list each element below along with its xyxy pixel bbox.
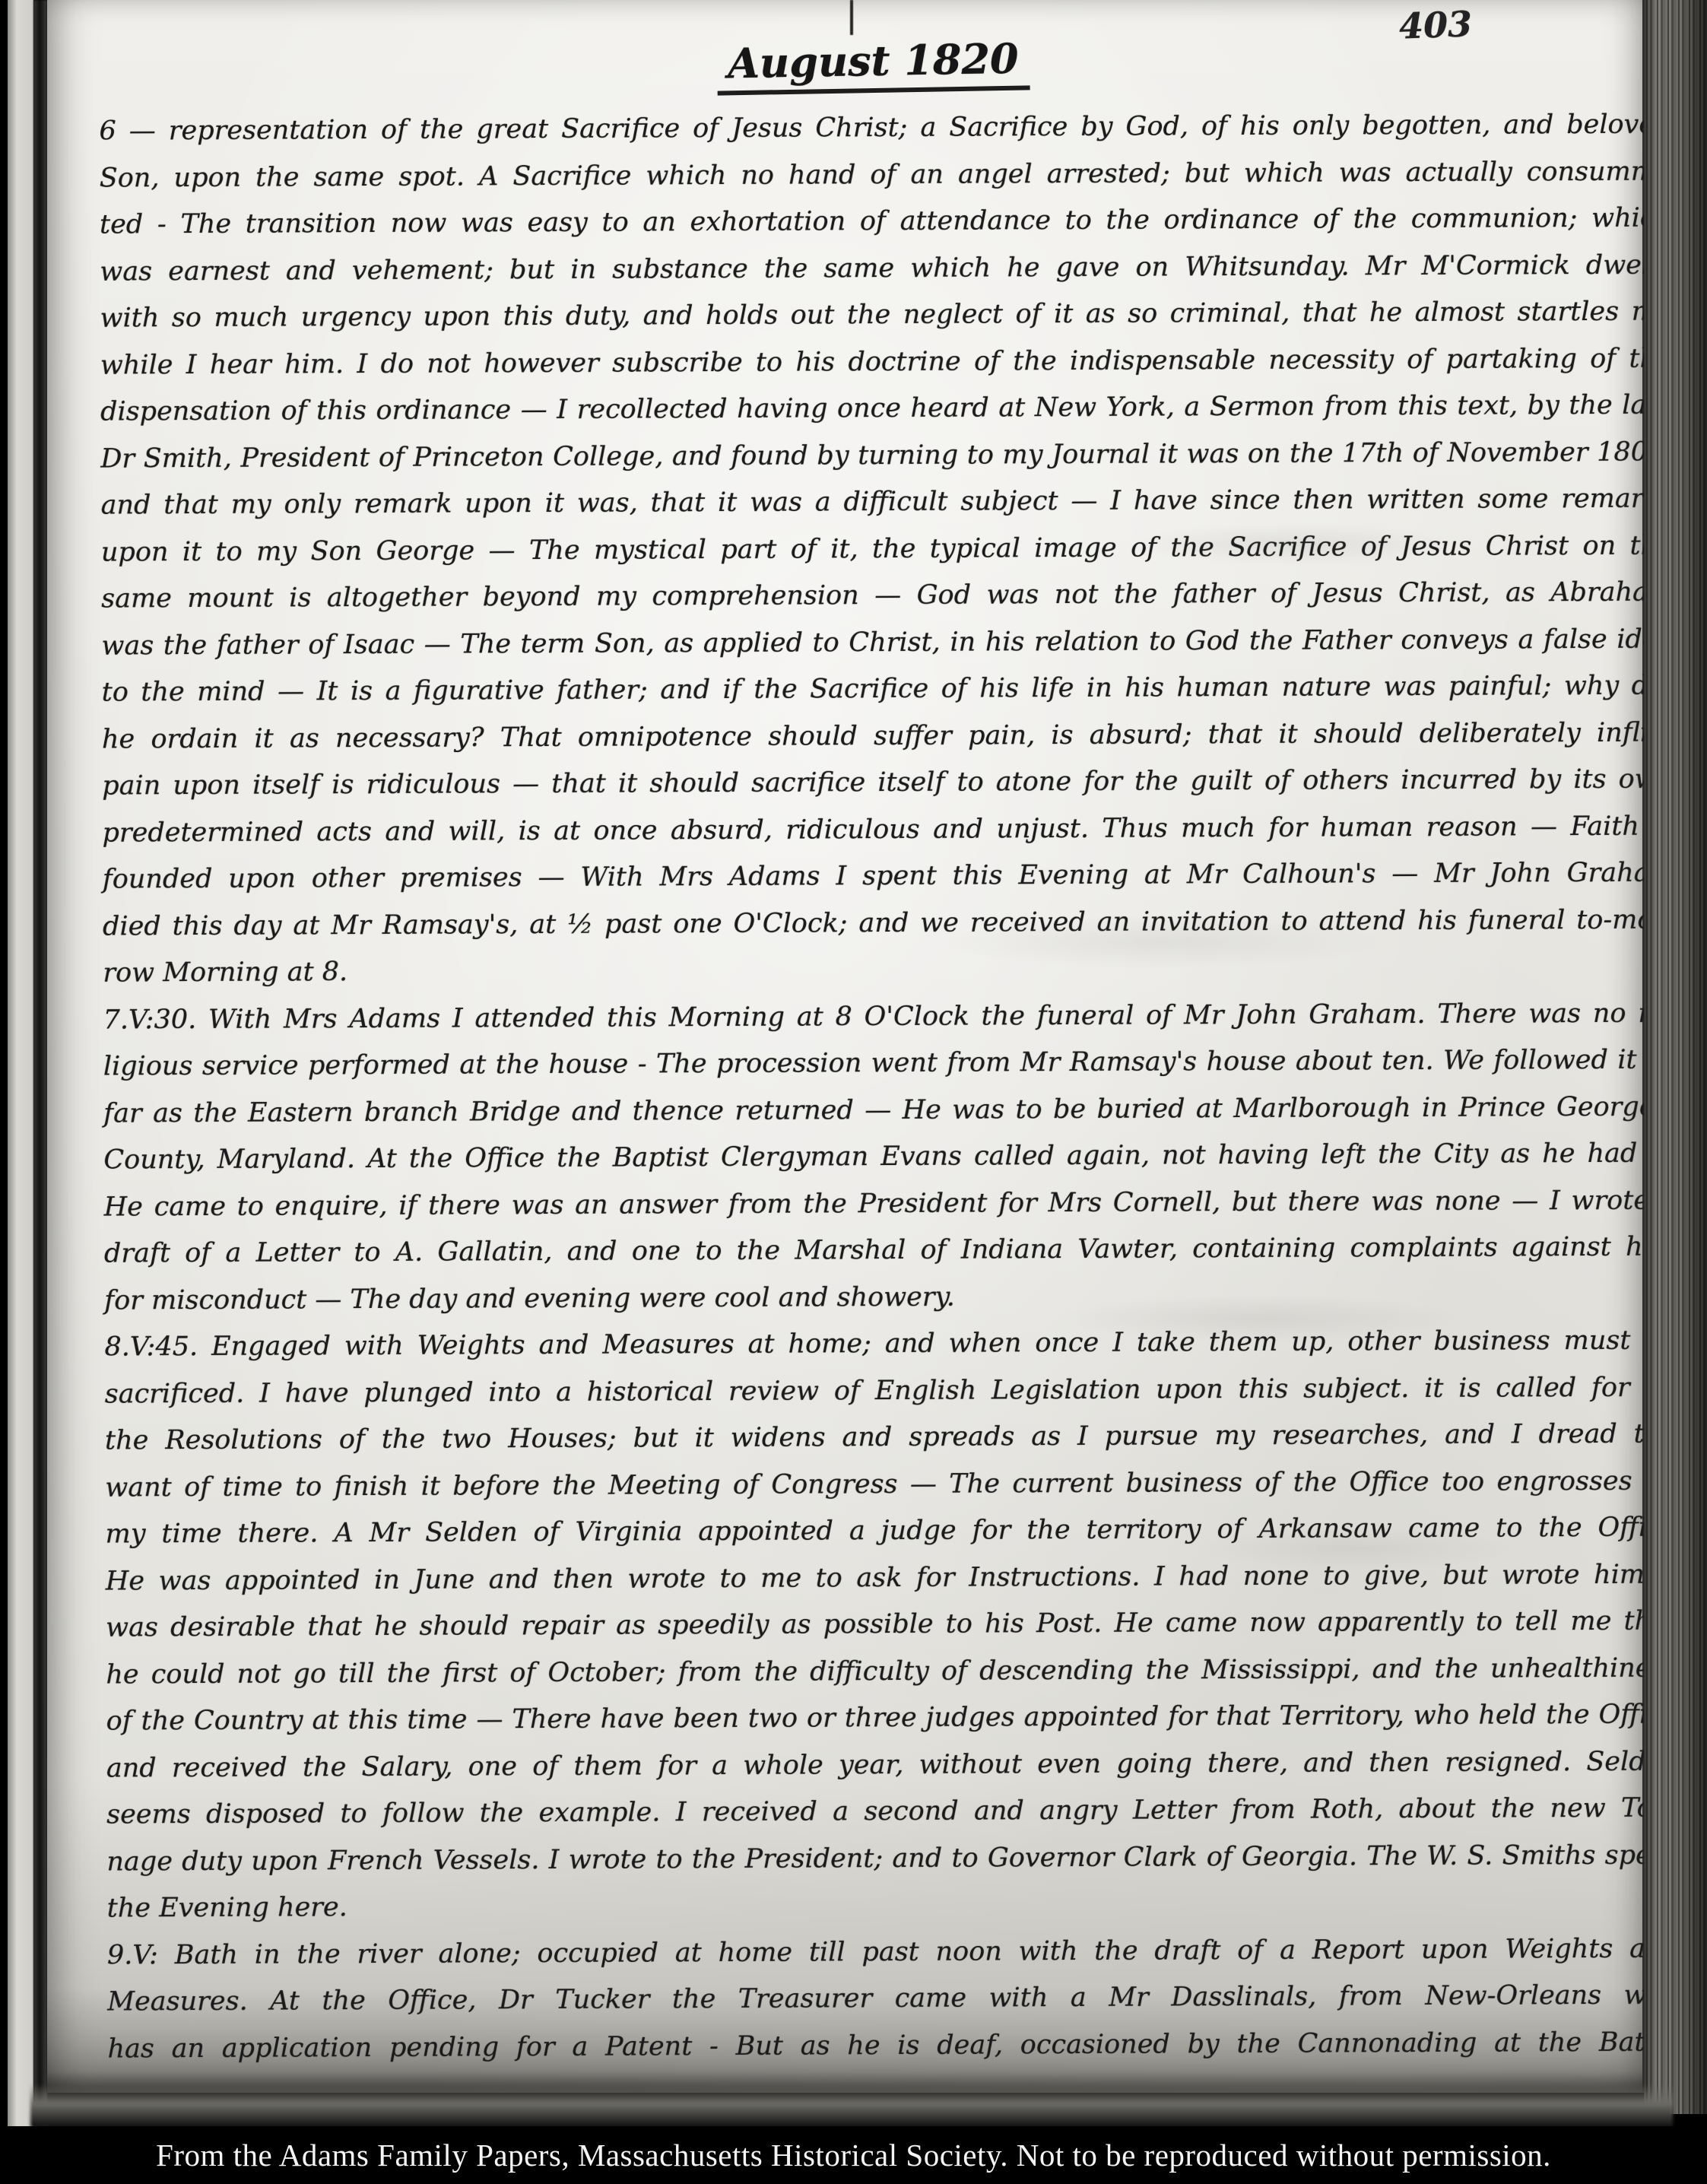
manuscript-line: pain upon itself is ridiculous — that it… xyxy=(102,756,1674,810)
manuscript-line: Measures. At the Office, Dr Tucker the T… xyxy=(107,1972,1680,2026)
manuscript-line: ted - The transition now was easy to an … xyxy=(100,195,1672,249)
book-gutter xyxy=(33,0,47,2137)
page-number: 403 xyxy=(1398,3,1473,46)
manuscript-line: for misconduct — The day and evening wer… xyxy=(104,1271,1677,1325)
manuscript-line: and received the Salary, one of them for… xyxy=(106,1738,1679,1792)
manuscript-line: he ordain it as necessary? That omnipote… xyxy=(102,709,1674,763)
manuscript-line: nage duty upon French Vessels. I wrote t… xyxy=(106,1832,1679,1886)
book-fore-edge xyxy=(1644,0,1707,2114)
manuscript-line: far as the Eastern branch Bridge and the… xyxy=(103,1084,1676,1138)
date-heading: August 1820 xyxy=(716,33,1030,95)
manuscript-line: draft of a Letter to A. Gallatin, and on… xyxy=(104,1224,1677,1278)
manuscript-line: row Morning at 8. xyxy=(103,943,1675,997)
manuscript-line: want of time to finish it before the Mee… xyxy=(105,1458,1677,1512)
manuscript-line: founded upon other premises — With Mrs A… xyxy=(103,849,1675,903)
manuscript-line: Dr Smith, President of Princeton College… xyxy=(100,429,1673,483)
page-surface: August 1820 403 6 — representation of th… xyxy=(47,0,1644,2093)
manuscript-line: dispensation of this ordinance — I recol… xyxy=(100,382,1673,436)
manuscript-line: County, Maryland. At the Office the Bapt… xyxy=(103,1130,1676,1184)
manuscript-line: while I hear him. I do not however subsc… xyxy=(100,335,1673,389)
manuscript-line: 9.V: Bath in the river alone; occupied a… xyxy=(107,1925,1680,1979)
manuscript-line: 6 — representation of the great Sacrific… xyxy=(99,102,1671,156)
manuscript-line: same mount is altogether beyond my compr… xyxy=(101,569,1674,623)
manuscript-text: 6 — representation of the great Sacrific… xyxy=(99,102,1680,2073)
manuscript-line: sacrificed. I have plunged into a histor… xyxy=(105,1364,1677,1418)
caption-text: From the Adams Family Papers, Massachuse… xyxy=(156,2137,1551,2173)
top-edge-mark xyxy=(850,0,853,35)
manuscript-line: the Evening here. xyxy=(107,1878,1680,1932)
manuscript-line: He was appointed in June and then wrote … xyxy=(106,1551,1678,1605)
manuscript-line: seems disposed to follow the example. I … xyxy=(106,1785,1679,1839)
manuscript-line: was earnest and vehement; but in substan… xyxy=(100,242,1672,296)
manuscript-line: predetermined acts and will, is at once … xyxy=(102,803,1674,857)
manuscript-page-photo: August 1820 403 6 — representation of th… xyxy=(0,0,1707,2184)
manuscript-line: my time there. A Mr Selden of Virginia a… xyxy=(105,1504,1677,1558)
manuscript-line: Son, upon the same spot. A Sacrifice whi… xyxy=(100,148,1672,202)
manuscript-line: ligious service performed at the house -… xyxy=(103,1036,1676,1090)
manuscript-line: was the father of Isaac — The term Son, … xyxy=(101,616,1674,670)
page-bottom-shadow xyxy=(30,2084,1673,2128)
manuscript-line: of the Country at this time — There have… xyxy=(106,1691,1678,1745)
manuscript-line: has an application pending for a Patent … xyxy=(107,2019,1680,2073)
manuscript-line: and that my only remark upon it was, tha… xyxy=(101,475,1674,529)
manuscript-line: died this day at Mr Ramsay's, at ½ past … xyxy=(103,897,1675,951)
manuscript-line: to the mind — It is a figurative father;… xyxy=(102,662,1674,716)
manuscript-line: the Resolutions of the two Houses; but i… xyxy=(105,1411,1677,1465)
manuscript-line: with so much urgency upon this duty, and… xyxy=(100,288,1672,342)
caption-bar: From the Adams Family Papers, Massachuse… xyxy=(0,2126,1707,2184)
manuscript-line: was desirable that he should repair as s… xyxy=(106,1598,1678,1652)
manuscript-line: He came to enquire, if there was an answ… xyxy=(104,1177,1677,1231)
manuscript-line: he could not go till the first of Octobe… xyxy=(106,1645,1678,1699)
manuscript-line: 7.V:30. With Mrs Adams I attended this M… xyxy=(103,990,1675,1044)
manuscript-line: upon it to my Son George — The mystical … xyxy=(101,522,1674,576)
manuscript-line: 8.V:45. Engaged with Weights and Measure… xyxy=(104,1317,1677,1371)
previous-page-edge xyxy=(8,0,33,2129)
